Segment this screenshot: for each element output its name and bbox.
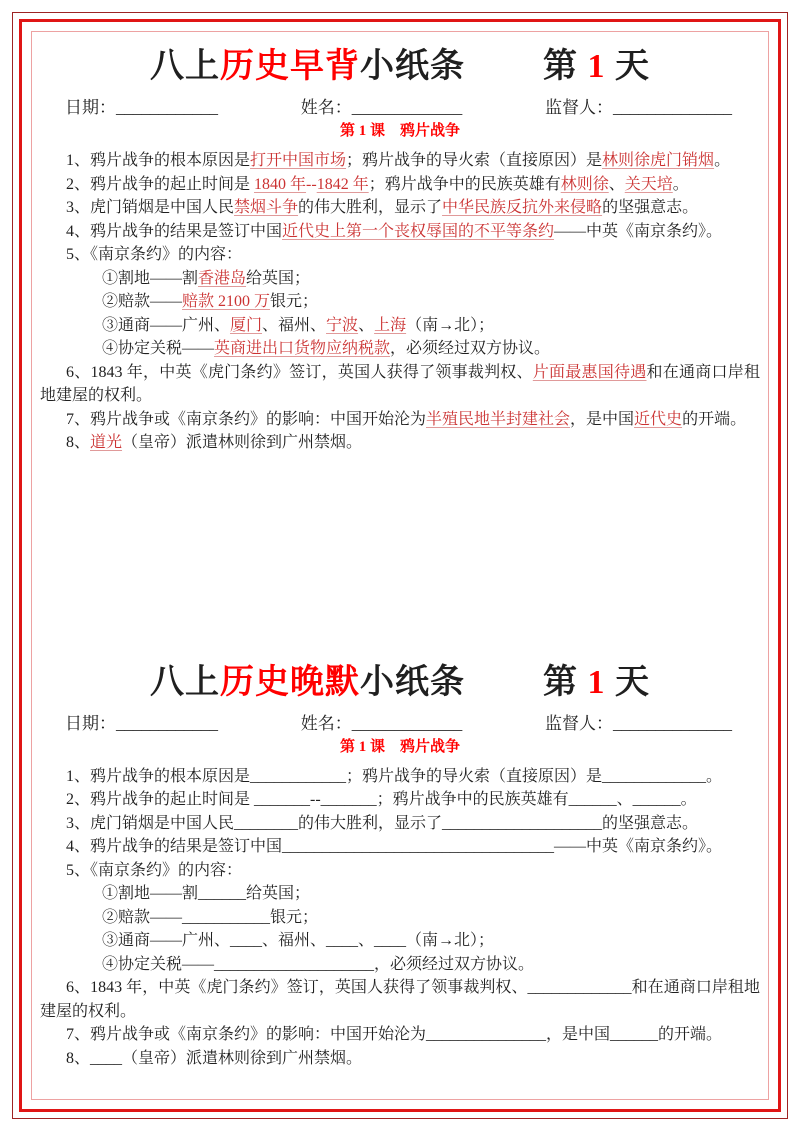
text-run: ③通商——广州、____、福州、____、____（南→北）； [102, 932, 494, 949]
key-term: 打开中国市场 [250, 152, 346, 169]
page-title: 八上历史早背小纸条第 1 天 [40, 46, 760, 88]
key-term: 片面最惠国待遇 [533, 364, 647, 381]
text-run: 4、鸦片战争的结果是签订中国 [66, 223, 282, 240]
body-line: ①割地——割香港岛给英国； [40, 267, 760, 291]
supervisor-field: 监督人：______________ [545, 96, 732, 119]
key-term: 林则徐 [561, 176, 609, 193]
text-run: 2、鸦片战争的起止时间是 _______--_______；鸦片战争中的民族英雄… [66, 791, 697, 808]
page-content: 八上历史早背小纸条第 1 天 日期：____________ 姓名：______… [40, 33, 760, 1098]
text-run: 的伟大胜利，显示了 [298, 199, 442, 216]
text-run: ④协定关税——____________________，必须经过双方协议。 [102, 956, 534, 973]
body-line: 3、虎门销烟是中国人民________的伟大胜利，显示了____________… [40, 812, 760, 836]
key-term: 林则徐虎门销烟 [602, 152, 714, 169]
date-label: 日期： [65, 98, 116, 117]
day-suffix: 天 [606, 664, 651, 701]
title-prefix: 八上 [150, 664, 220, 701]
date-blank-line: ____________ [116, 714, 218, 733]
text-run: 、 [358, 317, 374, 334]
key-term: 道光 [90, 434, 122, 451]
text-run: 6、1843 年，中英《虎门条约》签订，英国人获得了领事裁判权、________… [40, 979, 760, 1020]
body-line: 5、《南京条约》的内容： [40, 859, 760, 883]
key-term: 香港岛 [198, 270, 246, 287]
meta-row: 日期：____________ 姓名：_____________ 监督人：___… [40, 712, 760, 735]
text-run: 6、1843 年，中英《虎门条约》签订，英国人获得了领事裁判权、 [66, 364, 533, 381]
text-run: 1、鸦片战争的根本原因是____________；鸦片战争的导火索（直接原因）是… [66, 768, 722, 785]
title-prefix: 八上 [150, 48, 220, 85]
body-line: 8、____（皇帝）派遣林则徐到广州禁烟。 [40, 1047, 760, 1071]
key-term: 中华民族反抗外来侵略 [442, 199, 602, 216]
text-run: 的坚强意志。 [602, 199, 698, 216]
text-run: 2、鸦片战争的起止时间是 [66, 176, 254, 193]
title-suffix: 小纸条 [360, 48, 465, 85]
name-field: 姓名：_____________ [301, 712, 463, 735]
supervisor-blank-line: ______________ [613, 98, 732, 117]
body-line: 6、1843 年，中英《虎门条约》签订，英国人获得了领事裁判权、________… [40, 976, 760, 1023]
text-run: ；鸦片战争的导火索（直接原因）是 [346, 152, 602, 169]
text-run: 银元； [270, 293, 318, 310]
body-line: 6、1843 年，中英《虎门条约》签订，英国人获得了领事裁判权、片面最惠国待遇和… [40, 361, 760, 408]
name-blank-line: _____________ [352, 98, 463, 117]
text-run: 1、鸦片战争的根本原因是 [66, 152, 250, 169]
body-line: 4、鸦片战争的结果是签订中国__________________________… [40, 835, 760, 859]
body-line: 7、鸦片战争或《南京条约》的影响：中国开始沦为_______________，是… [40, 1023, 760, 1047]
title-suffix: 小纸条 [360, 664, 465, 701]
text-run: ②赔款——___________银元； [102, 909, 318, 926]
body-line: 1、鸦片战争的根本原因是打开中国市场；鸦片战争的导火索（直接原因）是林则徐虎门销… [40, 149, 760, 173]
name-blank-line: _____________ [352, 714, 463, 733]
body-line: 5、《南京条约》的内容： [40, 243, 760, 267]
title-highlight: 历史早背 [220, 48, 360, 85]
text-run: 5、《南京条约》的内容： [66, 246, 242, 263]
key-term: 上海 [374, 317, 406, 334]
body-line: ③通商——广州、____、福州、____、____（南→北）； [40, 929, 760, 953]
text-run: 。 [714, 152, 730, 169]
key-term: 禁烟斗争 [234, 199, 298, 216]
key-term: 半殖民地半封建社会 [426, 411, 570, 428]
date-field: 日期：____________ [65, 96, 218, 119]
body-line: ①割地——割______给英国； [40, 882, 760, 906]
text-run: 3、虎门销烟是中国人民 [66, 199, 234, 216]
body-line: ③通商——广州、厦门、福州、宁波、上海（南→北）； [40, 314, 760, 338]
day-label: 第 1 天 [543, 664, 650, 701]
day-number: 1 [588, 48, 606, 85]
text-run: 7、鸦片战争或《南京条约》的影响：中国开始沦为 [66, 411, 426, 428]
date-label: 日期： [65, 714, 116, 733]
text-run: ③通商——广州、 [102, 317, 230, 334]
title-highlight: 历史晚默 [220, 664, 360, 701]
name-label: 姓名： [301, 714, 352, 733]
key-term: 近代史 [634, 411, 682, 428]
key-term: 1840 年 [254, 176, 306, 193]
text-run: 。 [673, 176, 689, 193]
supervisor-field: 监督人：______________ [545, 712, 732, 735]
body-line: 1、鸦片战争的根本原因是____________；鸦片战争的导火索（直接原因）是… [40, 765, 760, 789]
body-line: ④协定关税——英商进出口货物应纳税款，必须经过双方协议。 [40, 337, 760, 361]
body-line: ②赔款——___________银元； [40, 906, 760, 930]
key-term: 近代史上第一个丧权辱国的不平等条约 [282, 223, 554, 240]
text-run: 8、 [66, 434, 90, 451]
text-run: （皇帝）派遣林则徐到广州禁烟。 [122, 434, 362, 451]
text-run: 的开端。 [682, 411, 746, 428]
body-line: ②赔款——赔款 2100 万银元； [40, 290, 760, 314]
body-line: ④协定关税——____________________，必须经过双方协议。 [40, 953, 760, 977]
text-run: ；鸦片战争中的民族英雄有 [369, 176, 561, 193]
supervisor-label: 监督人： [545, 98, 613, 117]
worksheet-page: 八上历史早背小纸条第 1 天 日期：____________ 姓名：______… [0, 0, 800, 1131]
body-line: 3、虎门销烟是中国人民禁烟斗争的伟大胜利，显示了中华民族反抗外来侵略的坚强意志。 [40, 196, 760, 220]
day-prefix: 第 [543, 664, 588, 701]
key-term: 关天培 [625, 176, 673, 193]
name-field: 姓名：_____________ [301, 96, 463, 119]
text-run: ②赔款—— [102, 293, 182, 310]
text-run: ①割地——割 [102, 270, 198, 287]
key-term: 1842 年 [317, 176, 369, 193]
lesson-body: 1、鸦片战争的根本原因是____________；鸦片战争的导火索（直接原因）是… [40, 765, 760, 1071]
text-run: ④协定关税—— [102, 340, 214, 357]
key-term: 宁波 [326, 317, 358, 334]
key-term: -- [306, 176, 317, 193]
day-prefix: 第 [543, 48, 588, 85]
section-evening-dictation: 八上历史晚默小纸条第 1 天 日期：____________ 姓名：______… [40, 662, 760, 1071]
date-blank-line: ____________ [116, 98, 218, 117]
page-title: 八上历史晚默小纸条第 1 天 [40, 662, 760, 704]
text-run: ，必须经过双方协议。 [390, 340, 550, 357]
lesson-body: 1、鸦片战争的根本原因是打开中国市场；鸦片战争的导火索（直接原因）是林则徐虎门销… [40, 149, 760, 455]
day-label: 第 1 天 [543, 48, 650, 85]
text-run: 、 [609, 176, 625, 193]
key-term: 英商进出口货物应纳税款 [214, 340, 390, 357]
text-run: （南→北）； [406, 317, 494, 334]
text-run: 、福州、 [262, 317, 326, 334]
lesson-heading: 第 1 课 鸦片战争 [40, 122, 760, 141]
meta-row: 日期：____________ 姓名：_____________ 监督人：___… [40, 96, 760, 119]
text-run: ——中英《南京条约》。 [554, 223, 722, 240]
text-run: 给英国； [246, 270, 310, 287]
day-number: 1 [588, 664, 606, 701]
body-line: 2、鸦片战争的起止时间是 1840 年--1842 年；鸦片战争中的民族英雄有林… [40, 173, 760, 197]
supervisor-blank-line: ______________ [613, 714, 732, 733]
key-term: 赔款 2100 万 [182, 293, 270, 310]
text-run: 4、鸦片战争的结果是签订中国__________________________… [66, 838, 722, 855]
lesson-heading: 第 1 课 鸦片战争 [40, 738, 760, 757]
supervisor-label: 监督人： [545, 714, 613, 733]
text-run: 7、鸦片战争或《南京条约》的影响：中国开始沦为_______________，是… [66, 1026, 722, 1043]
body-line: 4、鸦片战争的结果是签订中国近代史上第一个丧权辱国的不平等条约——中英《南京条约… [40, 220, 760, 244]
key-term: 厦门 [230, 317, 262, 334]
text-run: ，是中国 [570, 411, 634, 428]
section-gap [40, 455, 760, 649]
section-morning-recite: 八上历史早背小纸条第 1 天 日期：____________ 姓名：______… [40, 46, 760, 455]
text-run: 8、____（皇帝）派遣林则徐到广州禁烟。 [66, 1050, 362, 1067]
name-label: 姓名： [301, 98, 352, 117]
body-line: 8、道光（皇帝）派遣林则徐到广州禁烟。 [40, 431, 760, 455]
body-line: 2、鸦片战争的起止时间是 _______--_______；鸦片战争中的民族英雄… [40, 788, 760, 812]
text-run: 5、《南京条约》的内容： [66, 862, 242, 879]
date-field: 日期：____________ [65, 712, 218, 735]
body-line: 7、鸦片战争或《南京条约》的影响：中国开始沦为半殖民地半封建社会，是中国近代史的… [40, 408, 760, 432]
day-suffix: 天 [606, 48, 651, 85]
text-run: ①割地——割______给英国； [102, 885, 310, 902]
text-run: 3、虎门销烟是中国人民________的伟大胜利，显示了____________… [66, 815, 698, 832]
